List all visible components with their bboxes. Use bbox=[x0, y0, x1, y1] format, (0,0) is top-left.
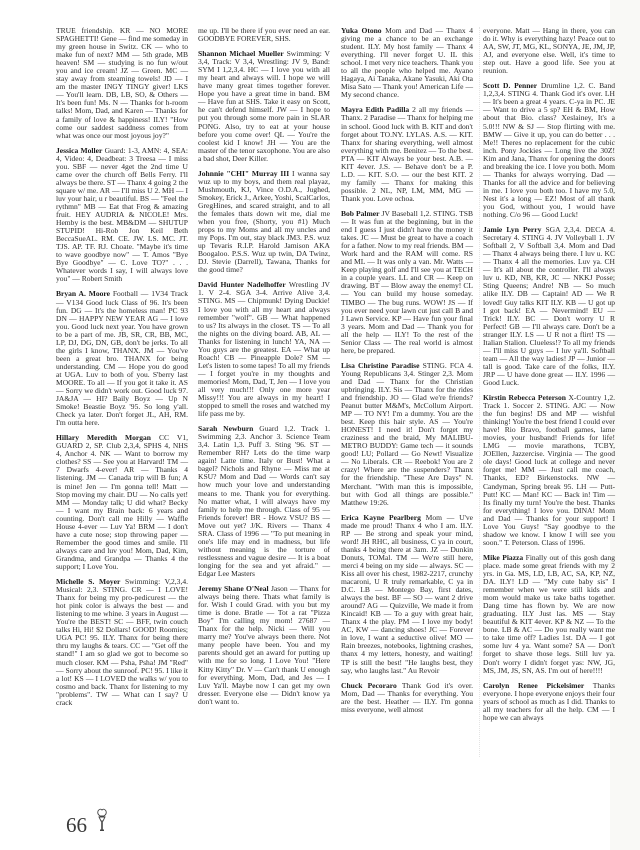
senior-entry: Shannon Michael Mueller Swimming: V 3,4,… bbox=[198, 50, 330, 163]
column-gutter bbox=[479, 27, 481, 757]
entry-text: Swimming: V 3,4, Track: V 3,4, Wrestling… bbox=[198, 49, 330, 163]
entry-text: SGA 2,3,4. DECA 4. Secretary 4. STING 4.… bbox=[483, 225, 615, 387]
entry-text: Football — 1V34 Track — V134 Good luck C… bbox=[56, 289, 188, 427]
senior-entry: Yuka Otono Mom and Dad — Thanx 4 giving … bbox=[341, 27, 473, 99]
column-3: Yuka Otono Mom and Dad — Thanx 4 giving … bbox=[341, 27, 473, 721]
column-1: TRUE friendship. KR — NO MORE SPAGHETTI!… bbox=[56, 27, 188, 714]
senior-entry: Michelle S. Moyer Swimming: V,2,3,4. Mus… bbox=[56, 578, 188, 707]
yearbook-page: TRUE friendship. KR — NO MORE SPAGHETTI!… bbox=[0, 0, 640, 850]
entry-text: X-Country 1,2. Track 1. Soccer 2. STING.… bbox=[483, 393, 615, 547]
entry-text: everyone. Matt — Hang in there, you can … bbox=[483, 26, 615, 75]
entry-text: Finally out of this gosh dang place. mad… bbox=[483, 553, 615, 675]
senior-entry: Hillary Meredith Morgan CC V1, GUARD 2, … bbox=[56, 434, 188, 571]
entry-text: Mom and Dad — Thanx 4 giving me a chance… bbox=[341, 26, 473, 99]
entry-text: Wrestling JV 1. V 2-4. SGA 3-4. Arrive A… bbox=[198, 280, 330, 418]
entry-text: JV Baseball 1,2. STING. TSB — It was fun… bbox=[341, 209, 473, 355]
column-2: me up. I'll be there if you ever need an… bbox=[198, 27, 330, 713]
page-footer: 66 bbox=[66, 808, 109, 836]
entry-text: I wanna say wuz up to my boys, and them … bbox=[198, 169, 330, 275]
entry-text: Mom — U've made me proud! Thanx 4 who I … bbox=[341, 513, 473, 675]
senior-entry: Jamie Lyn Perry SGA 2,3,4. DECA 4. Secre… bbox=[483, 226, 615, 387]
entry-text: TRUE friendship. KR — NO MORE SPAGHETTI!… bbox=[56, 26, 188, 140]
senior-entry: Chuck Pecoraro Thank God it's over. Mom,… bbox=[341, 682, 473, 714]
senior-entry: Erica Kayne Pearlberg Mom — U've made me… bbox=[341, 514, 473, 675]
entry-text: Jason — Thanx for always being there. Th… bbox=[198, 584, 330, 706]
senior-entry: Mike Piazza Finally out of this gosh dan… bbox=[483, 554, 615, 675]
entry-text: me up. I'll be there if you ever need an… bbox=[198, 26, 330, 43]
senior-entry: David Hunter Nadelhoffer Wrestling JV 1.… bbox=[198, 281, 330, 418]
torch-icon bbox=[95, 808, 109, 832]
senior-entry: Sarah Newburn Guard 1,2. Track 1. Swimmi… bbox=[198, 425, 330, 578]
entry-text: Swimming: V,2,3,4. Musical: 2,3. STING. … bbox=[56, 577, 188, 707]
senior-entry: Scott D. Penner Drumline 1,2. C. Band 1,… bbox=[483, 82, 615, 219]
senior-entry: Mayra Edith Padilla 2 all my friends — T… bbox=[341, 106, 473, 203]
senior-entry: Bob Palmer JV Baseball 1,2. STING. TSB —… bbox=[341, 210, 473, 355]
entry-text: 2 all my friends — Thanx. 2 Paradise — T… bbox=[341, 105, 473, 203]
senior-entry: me up. I'll be there if you ever need an… bbox=[198, 27, 330, 43]
entry-text: STING. FCA 4. Young Republicans 3,4. Sti… bbox=[341, 361, 473, 507]
senior-entry: Carolyn Renee Pickelsimer Thanks everyon… bbox=[483, 682, 615, 722]
senior-entry: Jessica Moller Guard: 1-3, AMN: 4, SEA: … bbox=[56, 147, 188, 284]
entry-text: Guard 1,2. Track 1. Swimming 2,3. Anchor… bbox=[198, 424, 330, 578]
senior-entry: TRUE friendship. KR — NO MORE SPAGHETTI!… bbox=[56, 27, 188, 140]
entry-text: CC V1, GUARD 2, SP. Club 2,3,4, SPHS 4, … bbox=[56, 433, 188, 571]
senior-entry: Kirstin Rebecca Peterson X-Country 1,2. … bbox=[483, 394, 615, 547]
senior-entry: Lisa Christine Paradise STING. FCA 4. Yo… bbox=[341, 362, 473, 507]
entry-text: Drumline 1,2. C. Band 1,2,3,4. STING 4. … bbox=[483, 81, 615, 219]
entry-text: Guard: 1-3, AMN: 4, SEA: 4, Video: 4, De… bbox=[56, 146, 188, 284]
column-4: everyone. Matt — Hang in there, you can … bbox=[483, 27, 615, 729]
senior-entry: Jeremy Shane O'Neal Jason — Thanx for al… bbox=[198, 585, 330, 706]
senior-entry: Johnnie "CHI" Murray III I wanna say wuz… bbox=[198, 170, 330, 275]
senior-entry: everyone. Matt — Hang in there, you can … bbox=[483, 27, 615, 75]
page-number: 66 bbox=[66, 815, 87, 836]
senior-entry: Bryan A. Moore Football — 1V34 Track — V… bbox=[56, 290, 188, 427]
